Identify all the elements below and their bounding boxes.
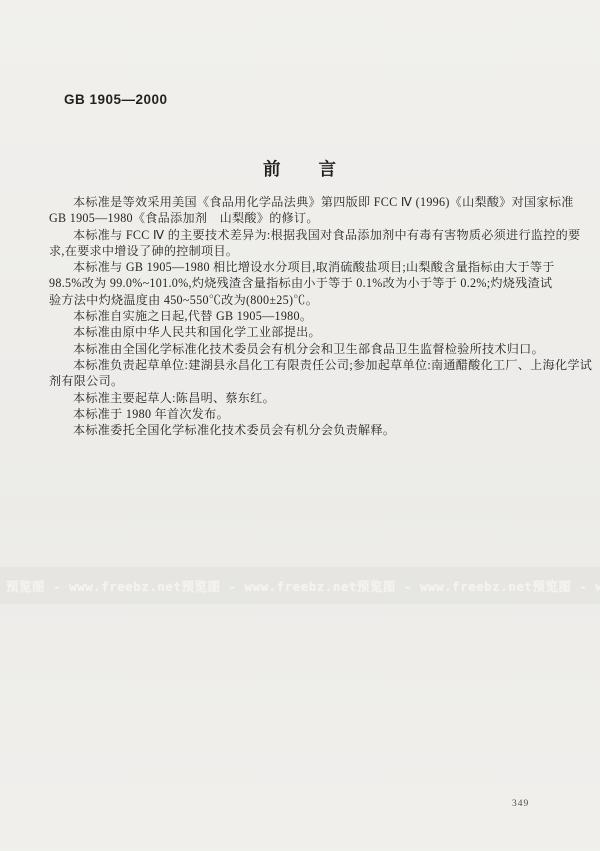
watermark-text: 预览图 - www.freebz.net [532, 577, 600, 595]
body-line: 本标准委托全国化学标准化技术委员会有机分会负责解释。 [49, 422, 549, 438]
watermark-strip: 预览图 - www.freebz.net 预览图 - www.freebz.ne… [0, 567, 600, 604]
body-line: 本标准负责起草单位:建湖县永昌化工有限责任公司;参加起草单位:南通醋酸化工厂、上… [49, 357, 549, 373]
body-line: 98.5%改为 99.0%~101.0%,灼烧残渣含量指标由小于等于 0.1%改… [49, 275, 549, 291]
watermark-text: 预览图 - www.freebz.net [6, 577, 181, 595]
body-line: 验方法中灼烧温度由 450~550℃改为(800±25)℃。 [49, 292, 549, 308]
body-line: 剂有限公司。 [49, 373, 549, 389]
page-number: 349 [512, 799, 529, 809]
body-line: 本标准与 GB 1905—1980 相比增设水分项目,取消硫酸盐项目;山梨酸含量… [49, 259, 549, 275]
body-line: GB 1905—1980《食品添加剂 山梨酸》的修订。 [49, 210, 549, 226]
body-line: 本标准于 1980 年首次发布。 [49, 406, 549, 422]
standard-code: GB 1905—2000 [64, 92, 168, 107]
body-line: 求,在要求中增设了砷的控制项目。 [49, 243, 549, 259]
body-line: 本标准由原中华人民共和国化学工业部提出。 [49, 324, 549, 340]
body-line: 本标准是等效采用美国《食品用化学品法典》第四版即 FCC Ⅳ (1996)《山梨… [49, 194, 549, 210]
watermark-text: 预览图 - www.freebz.net [181, 577, 356, 595]
body-line: 本标准主要起草人:陈昌明、蔡东红。 [49, 390, 549, 406]
body-line: 本标准自实施之日起,代替 GB 1905—1980。 [49, 308, 549, 324]
body-line: 本标准由全国化学标准化技术委员会有机分会和卫生部食品卫生监督检验所技术归口。 [49, 341, 549, 357]
watermark-text: 预览图 - www.freebz.net [357, 577, 532, 595]
page-title: 前 言 [0, 156, 600, 181]
body-line: 本标准与 FCC Ⅳ 的主要技术差异为:根据我国对食品添加剂中有毒有害物质必须进… [49, 227, 549, 243]
foreword-body: 本标准是等效采用美国《食品用化学品法典》第四版即 FCC Ⅳ (1996)《山梨… [49, 194, 549, 438]
scanned-document-page: GB 1905—2000 前 言 本标准是等效采用美国《食品用化学品法典》第四版… [0, 0, 600, 851]
